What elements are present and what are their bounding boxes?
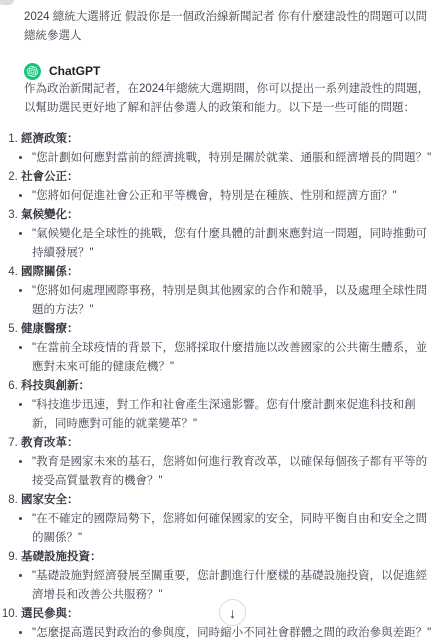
user-message: 2024 總統大選將近 假設你是一個政治線新聞記者 你有什麼建設性的問題可以問總… <box>24 8 432 46</box>
assistant-name: ChatGPT <box>49 62 100 81</box>
question-topic: 國家安全： <box>21 494 79 506</box>
question-text: "科技進步迅速，對工作和社會產生深遠影響。您有什麼計劃來促進科技和創新，同時應對… <box>32 396 432 434</box>
question-topic: 氣候變化： <box>21 209 79 221</box>
arrow-down-icon: ↓ <box>229 606 236 620</box>
question-item: 科技與創新： "科技進步迅速，對工作和社會產生深遠影響。您有什麼計劃來促進科技和… <box>21 377 432 434</box>
chatgpt-logo-icon <box>24 63 41 80</box>
question-text: "您將如何促進社會公正和平等機會，特別是在種族、性別和經濟方面？" <box>32 187 432 206</box>
question-text: "您將如何處理國際事務，特別是與其他國家的合作和競爭，以及處理全球性問題的方法？… <box>32 282 432 320</box>
question-topic: 教育改革： <box>21 437 79 449</box>
question-text: "怎麼提高選民對政治的參與度，同時縮小不同社會群體之間的政治參與差距？" <box>32 624 432 640</box>
question-topic: 基礎設施投資： <box>21 551 102 563</box>
chat-container: 2024 總統大選將近 假設你是一個政治線新聞記者 你有什麼建設性的問題可以問總… <box>0 0 448 640</box>
question-topic: 健康醫療： <box>21 323 79 335</box>
assistant-header: ChatGPT <box>24 62 432 80</box>
question-topic: 選民參與： <box>21 608 79 620</box>
question-topic: 社會公正： <box>21 171 79 183</box>
question-text: "教育是國家未來的基石，您將如何進行教育改革，以確保每個孩子都有平等的接受高質量… <box>32 453 432 491</box>
question-list: 經濟政策： "您計劃如何應對當前的經濟挑戰，特別是關於就業、通脹和經濟增長的問題… <box>21 130 432 640</box>
assistant-intro: 作為政治新聞記者，在2024年總統大選期間，你可以提出一系列建設性的問題，以幫助… <box>24 80 432 118</box>
question-text: "您計劃如何應對當前的經濟挑戰，特別是關於就業、通脹和經濟增長的問題？" <box>32 149 432 168</box>
question-item: 基礎設施投資： "基礎設施對經濟發展至關重要，您計劃進行什麼樣的基礎設施投資，以… <box>21 548 432 605</box>
question-item: 國際關係： "您將如何處理國際事務，特別是與其他國家的合作和競爭，以及處理全球性… <box>21 263 432 320</box>
user-avatar <box>0 0 14 5</box>
question-text: "在不確定的國際局勢下，您將如何確保國家的安全，同時平衡自由和安全之間的關係？" <box>32 510 432 548</box>
question-topic: 科技與創新： <box>21 380 90 392</box>
question-item: 社會公正： "您將如何促進社會公正和平等機會，特別是在種族、性別和經濟方面？" <box>21 168 432 206</box>
question-item: 經濟政策： "您計劃如何應對當前的經濟挑戰，特別是關於就業、通脹和經濟增長的問題… <box>21 130 432 168</box>
question-text: "在當前全球疫情的背景下，您將採取什麼措施以改善國家的公共衛生體系，並應對未來可… <box>32 339 432 377</box>
assistant-body: 作為政治新聞記者，在2024年總統大選期間，你可以提出一系列建設性的問題，以幫助… <box>24 80 432 640</box>
user-message-text: 2024 總統大選將近 假設你是一個政治線新聞記者 你有什麼建設性的問題可以問總… <box>24 8 432 46</box>
question-item: 氣候變化： "氣候變化是全球性的挑戰，您有什麼具體的計劃來應對這一問題，同時推動… <box>21 206 432 263</box>
question-text: "氣候變化是全球性的挑戰，您有什麼具體的計劃來應對這一問題，同時推動可持續發展？… <box>32 225 432 263</box>
scroll-down-button[interactable]: ↓ <box>219 599 246 626</box>
question-topic: 經濟政策： <box>21 133 79 145</box>
question-item: 教育改革： "教育是國家未來的基石，您將如何進行教育改革，以確保每個孩子都有平等… <box>21 434 432 491</box>
assistant-message: ChatGPT 作為政治新聞記者，在2024年總統大選期間，你可以提出一系列建設… <box>24 62 432 640</box>
question-item: 國家安全： "在不確定的國際局勢下，您將如何確保國家的安全，同時平衡自由和安全之… <box>21 491 432 548</box>
question-item: 健康醫療： "在當前全球疫情的背景下，您將採取什麼措施以改善國家的公共衛生體系，… <box>21 320 432 377</box>
question-topic: 國際關係： <box>21 266 79 278</box>
